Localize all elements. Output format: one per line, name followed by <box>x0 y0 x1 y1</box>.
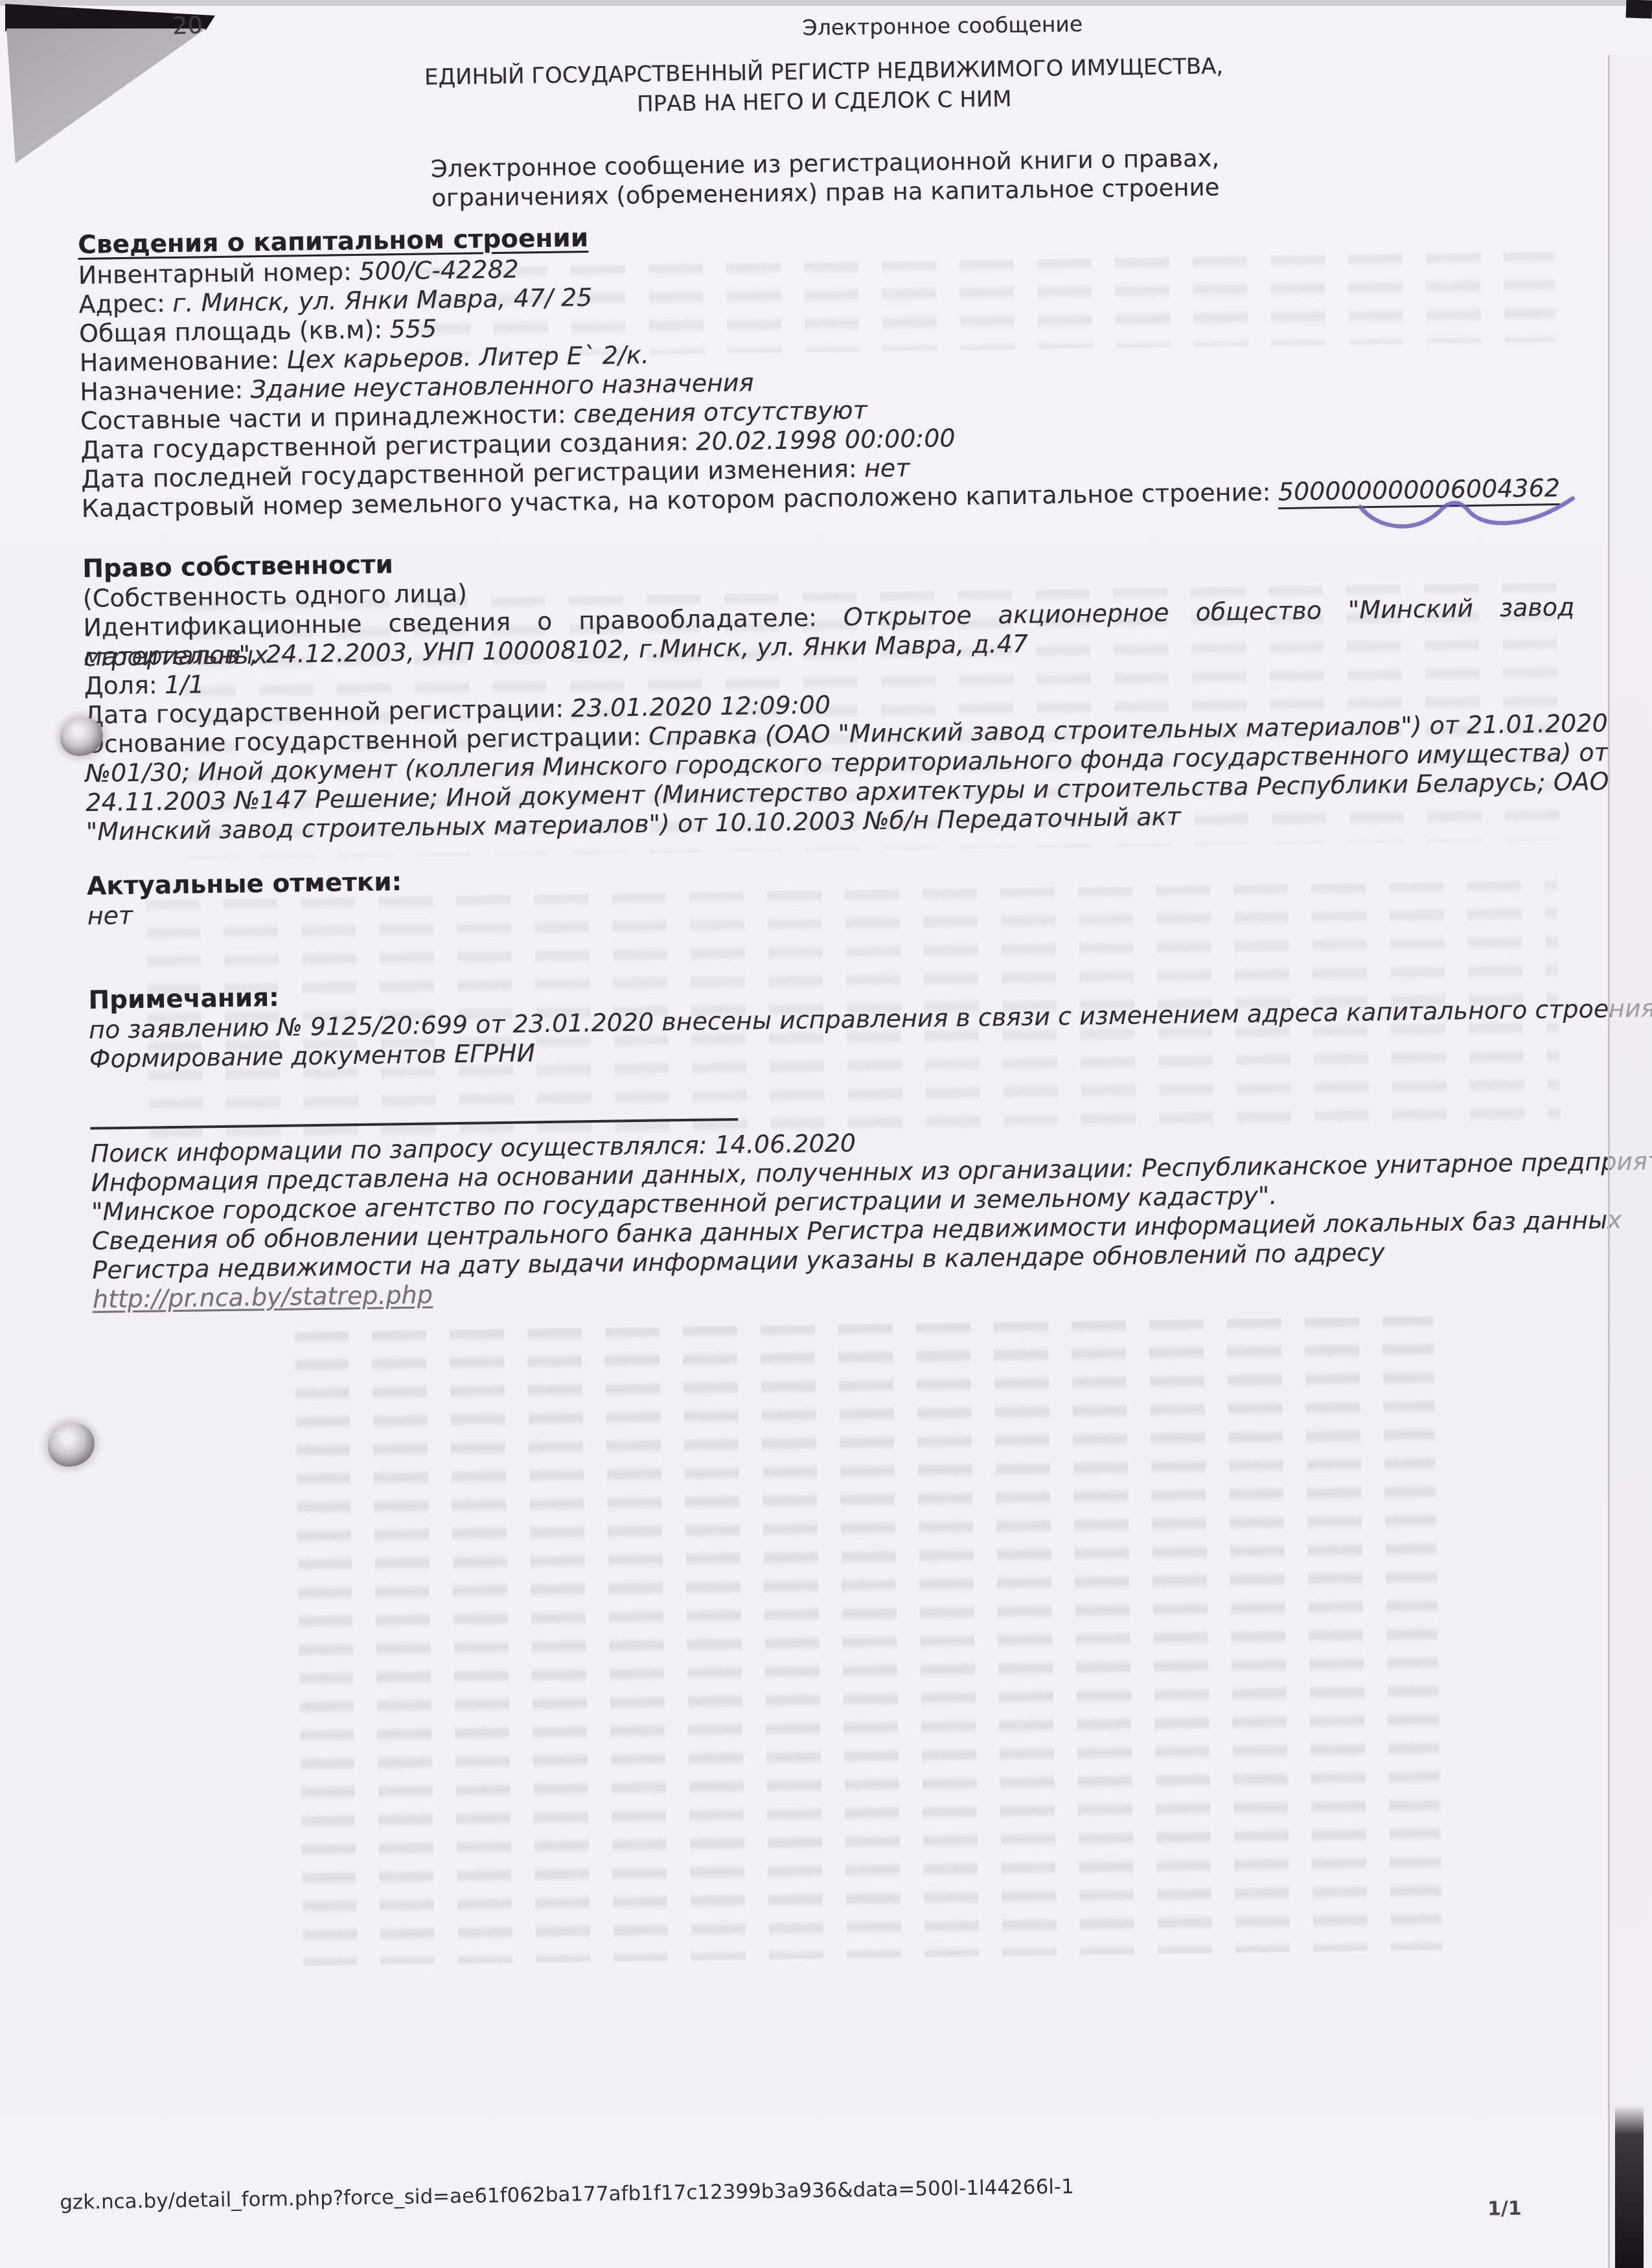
footer-link-url: http://pr.nca.by/statrep.php <box>93 1280 433 1314</box>
scanner-top-edge <box>0 0 1652 6</box>
corner-page-fragment: 20 <box>172 11 203 40</box>
bleed-through-text <box>294 1316 1443 1966</box>
field-value: сведения отсутствуют <box>573 396 867 428</box>
field-value: 23.01.2020 12:09:00 <box>571 691 831 723</box>
scan-shadow-bottom-right <box>1615 2105 1644 2268</box>
cadastral-number-value: 500000000006004362 <box>1278 474 1560 509</box>
field-label: Адрес: <box>78 289 165 319</box>
section-heading-ownership: Право собственности <box>82 550 393 584</box>
field-value: 20.02.1998 00:00:00 <box>696 424 956 456</box>
pen-squiggle-mark <box>1357 493 1577 538</box>
field-label: Назначение: <box>80 375 243 406</box>
field-label: Доля: <box>84 670 157 700</box>
field-label: Общая площадь (кв.м): <box>79 315 383 348</box>
scanned-document-page: Электронное сообщение ЕДИНЫЙ ГОСУДАРСТВЕ… <box>0 0 1652 2268</box>
document-content: Электронное сообщение ЕДИНЫЙ ГОСУДАРСТВЕ… <box>0 0 1652 2268</box>
pen-squiggle-path <box>1360 498 1573 527</box>
scan-mark-top-right <box>1626 0 1652 19</box>
notes-line-2: Формирование документов ЕГРНИ <box>89 1038 535 1074</box>
field-value: 500/С-42282 <box>359 255 519 286</box>
marks-value: нет <box>87 900 133 931</box>
page-edge-shadow <box>1611 55 1652 2268</box>
document-kind-label: Электронное сообщение <box>802 9 1083 43</box>
field-value: г. Минск, ул. Янки Мавра, 47/ 25 <box>172 283 593 317</box>
field-label: Наименование: <box>79 346 279 377</box>
section-heading-notes: Примечания: <box>88 983 279 1016</box>
section-heading-marks: Актуальные отметки: <box>87 867 402 902</box>
field-value: 1/1 <box>165 670 205 699</box>
corner-triangle-shade <box>6 29 206 163</box>
field-label: Инвентарный номер: <box>78 257 352 290</box>
page-number: 1/1 <box>1487 2197 1522 2221</box>
field-line-share: Доля:1/1 <box>84 669 204 701</box>
page-edge-line <box>1608 55 1610 2268</box>
field-value: 555 <box>389 314 437 343</box>
field-value: нет <box>864 453 910 483</box>
field-value: Цех карьеров. Литер Е` 2/к. <box>286 341 649 374</box>
